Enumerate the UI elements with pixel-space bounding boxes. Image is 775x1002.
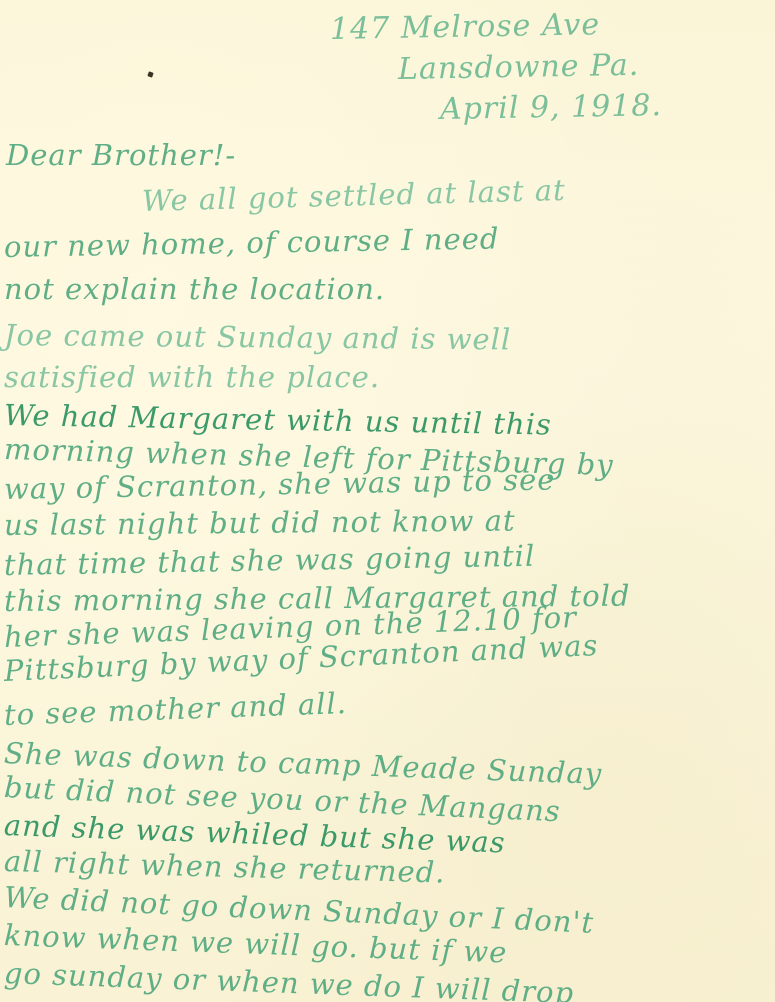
body-line: satisfied with the place. bbox=[4, 360, 380, 394]
ink-speck bbox=[147, 71, 153, 77]
body-line: our new home, of course I need bbox=[4, 221, 500, 264]
body-line: way of Scranton, she was up to see bbox=[4, 462, 556, 506]
body-line: not explain the location. bbox=[4, 272, 385, 306]
letter-date: April 9, 1918. bbox=[440, 88, 663, 127]
address-city: Lansdowne Pa. bbox=[398, 48, 640, 87]
salutation: Dear Brother!- bbox=[6, 138, 236, 172]
body-line: Joe came out Sunday and is well bbox=[4, 318, 512, 356]
address-street: 147 Melrose Ave bbox=[330, 7, 601, 47]
letter-page: 147 Melrose Ave Lansdowne Pa. April 9, 1… bbox=[0, 0, 775, 1002]
body-line: We all got settled at last at bbox=[142, 173, 567, 218]
body-line: us last night but did not know at bbox=[4, 504, 516, 542]
body-line: that time that she was going until bbox=[4, 539, 536, 582]
body-line: to see mother and all. bbox=[3, 686, 347, 732]
